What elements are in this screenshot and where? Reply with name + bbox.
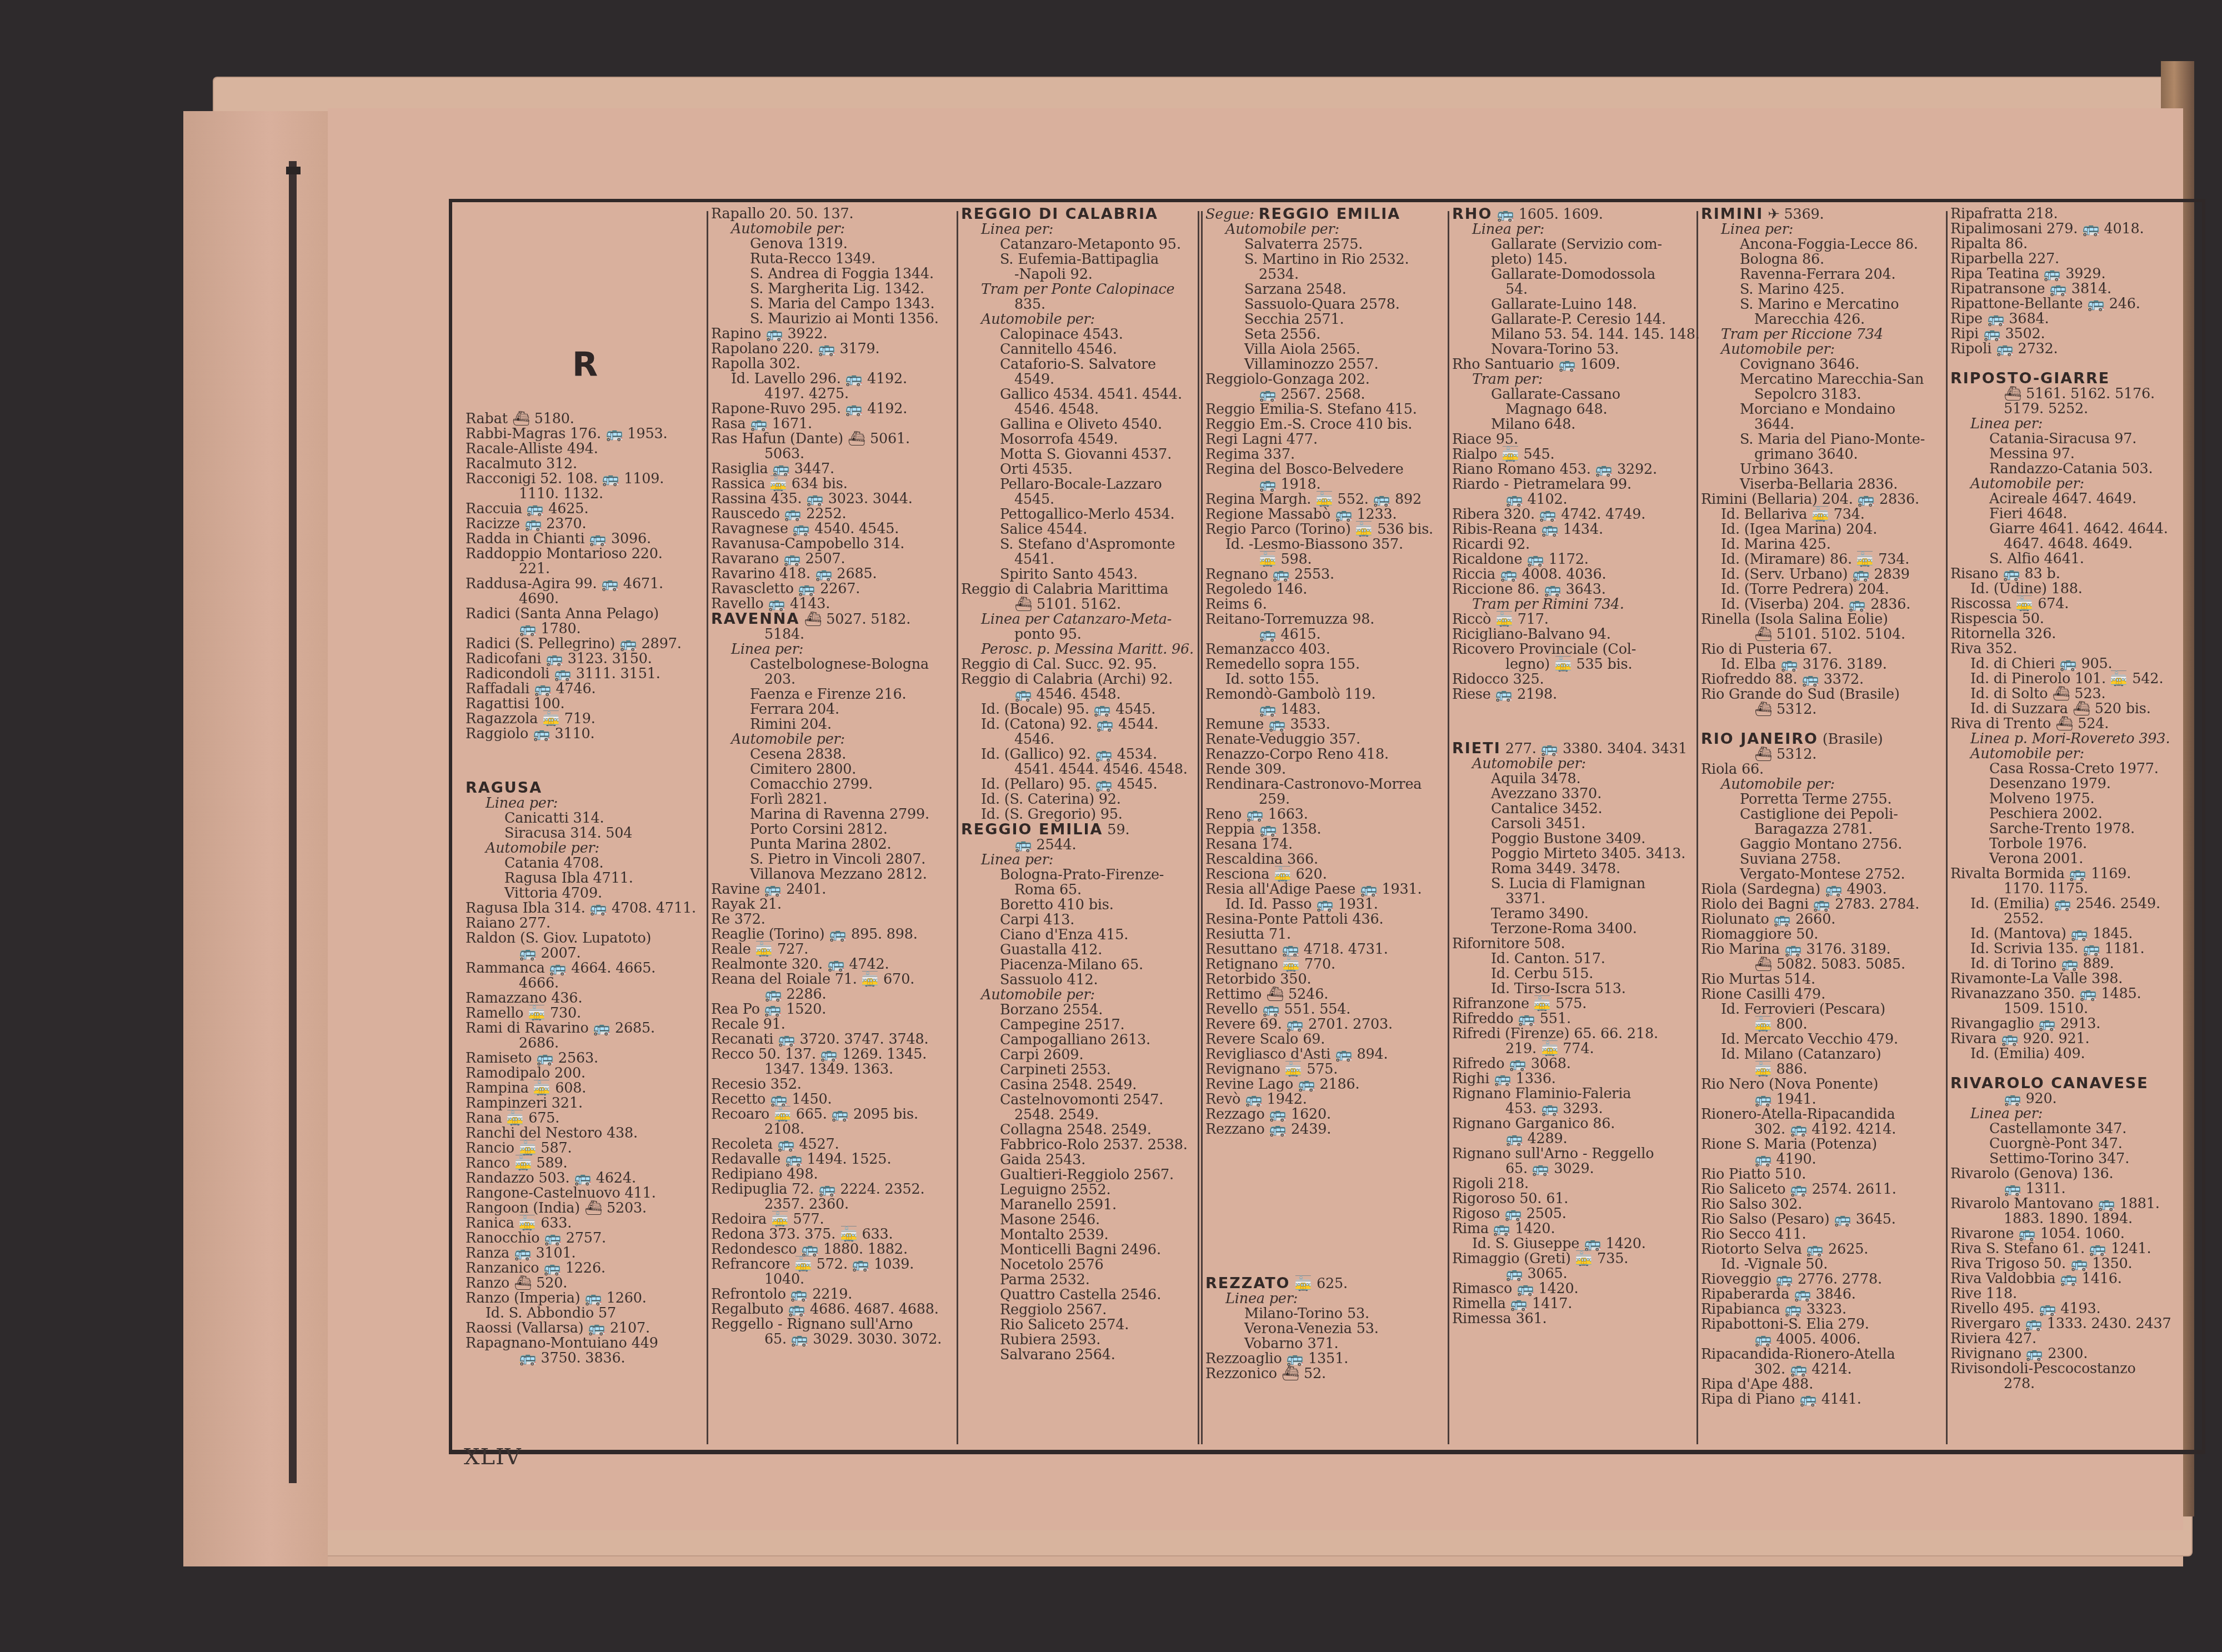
- index-entry: 4546.: [961, 732, 1197, 747]
- index-entry: Campegine 2517.: [961, 1018, 1197, 1033]
- entry-text: Recale 91.: [711, 1016, 785, 1033]
- column-rule: [1448, 211, 1449, 1444]
- index-entry: 🚌 1941.: [1701, 1092, 1943, 1107]
- entry-text: Casina 2548. 2549.: [1000, 1077, 1137, 1093]
- index-entry: 🚋 886.: [1701, 1062, 1943, 1077]
- index-entry: Redona 373. 375. 🚋 633.: [711, 1227, 954, 1242]
- index-entry: Marina di Ravenna 2799.: [711, 807, 954, 822]
- entry-text: Villa Aiola 2565.: [1244, 341, 1360, 358]
- entry-text: Resiutta 71.: [1205, 926, 1291, 943]
- entry-text: Riccò 🚋 717.: [1452, 611, 1549, 628]
- entry-text: Ripa d'Ape 488.: [1701, 1376, 1813, 1393]
- entry-text: Remanzacco 403.: [1205, 641, 1330, 658]
- entry-text: 🚌 920.: [2004, 1090, 2056, 1107]
- index-entry: Rignano Garganico 86.: [1452, 1117, 1694, 1132]
- entry-text: Rimini 204.: [750, 716, 832, 733]
- index-entry: Reppia 🚌 1358.: [1205, 822, 1445, 837]
- index-entry: Ruta-Recco 1349.: [711, 252, 954, 267]
- entry-text: 🚋 800.: [1754, 1016, 1807, 1033]
- entry-text: Id. di Pinerolo 101. 🚋 542.: [1970, 670, 2163, 687]
- index-entry: Redondesco 🚌 1880. 1882.: [711, 1242, 954, 1257]
- binding-cap: [286, 167, 301, 174]
- entry-text: Ranica 🚋 633.: [466, 1215, 572, 1232]
- index-entry: Rangone-Castelnuovo 411.: [466, 1186, 704, 1201]
- entry-text: Bologna-Prato-Firenze-: [1000, 867, 1164, 883]
- index-entry: Ragusa Ibla 4711.: [466, 871, 704, 886]
- entry-text: 65. 🚌 3029. 3030. 3072.: [764, 1331, 942, 1348]
- entry-text: Linea per:: [1472, 221, 1544, 238]
- entry-text: Rho Santuario 🚌 1609.: [1452, 356, 1620, 373]
- entry-text: Perosc. p. Messina Maritt. 96.: [981, 641, 1194, 658]
- entry-text: Gualtieri-Reggiolo 2567.: [1000, 1167, 1174, 1183]
- entry-text: Riccione 86. 🚌 3643.: [1452, 581, 1606, 598]
- entry-text: 4541. 4544. 4546. 4548.: [1014, 761, 1188, 778]
- entry-text: Ripa Teatina 🚌 3929.: [1950, 266, 2105, 282]
- entry-text: Raffadali 🚌 4746.: [466, 680, 595, 697]
- entry-text: Redavalle 🚌 1494. 1525.: [711, 1151, 891, 1168]
- index-entry: S. Maria del Piano-Monte-: [1701, 432, 1943, 447]
- index-entry: Radda in Chianti 🚌 3096.: [466, 532, 704, 547]
- entry-text: 2686.: [519, 1035, 559, 1052]
- entry-text: Recanati 🚌 3720. 3747. 3748.: [711, 1031, 928, 1048]
- index-entry: Automobile per:: [961, 312, 1197, 327]
- index-entry: Ravanusa-Campobello 314.: [711, 537, 954, 552]
- entry-text: Linea per:: [1970, 415, 2043, 432]
- index-entry: S. Lucia di Flamignan: [1452, 877, 1694, 892]
- index-entry: Id. di Solto ⛴ 523.: [1950, 687, 2195, 702]
- binding-line: [289, 161, 297, 1483]
- index-entry: Marecchia 426.: [1701, 312, 1943, 327]
- index-entry: Rio Saliceto 2574.: [961, 1318, 1197, 1333]
- entry-text: ⛴ 5161. 5162. 5176.: [2004, 386, 2155, 402]
- index-entry: Orti 4535.: [961, 462, 1197, 477]
- index-entry: 🚌 2567. 2568.: [1205, 387, 1445, 402]
- entry-text: Ravarino 418. 🚌 2685.: [711, 565, 877, 582]
- index-entry: 2548. 2549.: [961, 1108, 1197, 1123]
- index-entry: S. Alfio 4641.: [1950, 552, 2195, 567]
- column-rule: [1946, 211, 1948, 1444]
- entry-text: Morciano e Mondaino: [1740, 401, 1895, 418]
- city-heading: RAVENNA ⛴ 5027. 5182.: [711, 612, 954, 627]
- entry-text: 🚌 2544.: [1014, 837, 1076, 853]
- index-entry: Recetto 🚌 1450.: [711, 1092, 954, 1107]
- entry-text: Ragusa Ibla 314. 🚌 4708. 4711.: [466, 900, 696, 917]
- entry-text: Rauscedo 🚌 2252.: [711, 505, 846, 522]
- entry-text: Gallarate-Cassano: [1491, 386, 1620, 403]
- entry-text: 4197. 4275.: [764, 386, 849, 402]
- index-entry: Gallarate-Luino 148.: [1452, 297, 1694, 312]
- heading-text: RIVAROLO CANAVESE: [1950, 1075, 2149, 1092]
- index-entry: Reale 🚋 727.: [711, 942, 954, 957]
- entry-text: Sepolcro 3183.: [1754, 386, 1861, 403]
- index-entry: Rauscedo 🚌 2252.: [711, 507, 954, 522]
- entry-text: Orti 4535.: [1000, 461, 1073, 478]
- index-entry: Ricigliano-Balvano 94.: [1452, 627, 1694, 642]
- entry-text: ⛴ 5101. 5102. 5104.: [1754, 626, 1905, 643]
- index-entry: Id. (Viserba) 204. 🚌 2836.: [1701, 597, 1943, 612]
- entry-text: Riscossa 🚋 674.: [1950, 595, 2069, 612]
- entry-text: Rampinzeri 321.: [466, 1095, 583, 1112]
- entry-text: Fieri 4648.: [1989, 505, 2067, 522]
- entry-text: Rampina 🚋 608.: [466, 1080, 586, 1097]
- entry-text: Ricaldone 🚌 1172.: [1452, 551, 1589, 568]
- index-entry: Rapolla 302.: [711, 357, 954, 372]
- entry-text: Tram per Rimini 734.: [1472, 596, 1624, 613]
- index-entry: 2552.: [1950, 912, 2195, 927]
- index-entry: Regnano 🚌 2553.: [1205, 567, 1445, 582]
- index-entry: Ripattone-Bellante 🚌 246.: [1950, 297, 2195, 312]
- entry-text: S. Andrea di Foggia 1344.: [750, 266, 934, 282]
- index-entry: Ricovero Provinciale (Col-: [1452, 642, 1694, 657]
- index-entry: Ranzo (Imperia) 🚌 1260.: [466, 1291, 704, 1306]
- entry-text: Id. (Bocale) 95. 🚌 4545.: [981, 701, 1155, 718]
- entry-text: Ranzo ⛴ 520.: [466, 1275, 567, 1291]
- index-entry: Recale 91.: [711, 1017, 954, 1032]
- entry-text: Ranzo (Imperia) 🚌 1260.: [466, 1290, 647, 1306]
- index-entry: Linea per:: [1950, 417, 2195, 432]
- index-entry: Parma 2532.: [961, 1273, 1197, 1288]
- index-entry: Rivello 495. 🚌 4193.: [1950, 1301, 2195, 1316]
- entry-text: Resia all'Adige Paese 🚌 1931.: [1205, 881, 1422, 898]
- index-entry: Redipuglia 72. 🚌 2224. 2352.: [711, 1182, 954, 1197]
- index-entry: 4546. 4548.: [961, 402, 1197, 417]
- index-entry: Castellamonte 347.: [1950, 1122, 2195, 1137]
- entry-text: Rignano sull'Arno - Reggello: [1452, 1145, 1654, 1162]
- entry-text: ⛴ 5027. 5182.: [799, 611, 910, 628]
- entry-text: Id. S. Giuseppe 🚌 1420.: [1472, 1235, 1646, 1252]
- index-entry: Riofreddo 88. 🚌 3372.: [1701, 672, 1943, 687]
- spacer: [1452, 702, 1694, 741]
- index-entry: Riano Romano 453. 🚌 3292.: [1452, 462, 1694, 477]
- entry-text: Ramazzano 436.: [466, 990, 582, 1007]
- entry-text: Rio Nero (Nova Ponente): [1701, 1076, 1878, 1093]
- entry-text: Racalmuto 312.: [466, 455, 577, 472]
- entry-text: 2108.: [764, 1121, 804, 1138]
- index-entry: Castelnovomonti 2547.: [961, 1093, 1197, 1108]
- index-entry: Id. Cerbu 515.: [1452, 967, 1694, 982]
- index-entry: Rayak 21.: [711, 897, 954, 912]
- index-entry: Resia all'Adige Paese 🚌 1931.: [1205, 882, 1445, 897]
- index-entry: Catania 4708.: [466, 856, 704, 871]
- entry-text: 2548. 2549.: [1014, 1107, 1099, 1123]
- entry-text: Reggio Emilia-S. Stefano 415.: [1205, 401, 1417, 418]
- entry-text: 🚌 4102.: [1505, 491, 1567, 508]
- entry-text: Ravello 🚌 4143.: [711, 595, 830, 612]
- index-entry: Recco 50. 137. 🚌 1269. 1345.: [711, 1047, 954, 1062]
- heading-text: RHO: [1452, 206, 1492, 223]
- index-entry: Campogalliano 2613.: [961, 1033, 1197, 1048]
- entry-text: Riva Trigoso 50. 🚌 1350.: [1950, 1255, 2132, 1272]
- entry-text: Giarre 4641. 4642. 4644.: [1989, 520, 2168, 537]
- index-column-1: R Rabat ⛴ 5180.Rabbi-Magras 176. 🚌 1953.…: [466, 207, 704, 1445]
- index-entry: Rivignano 🚌 2300.: [1950, 1346, 2195, 1361]
- entry-text: Gaggio Montano 2756.: [1740, 836, 1902, 853]
- entry-text: Porretta Terme 2755.: [1740, 791, 1891, 808]
- index-entry: Ripa di Piano 🚌 4141.: [1701, 1392, 1943, 1407]
- index-entry: Ravagnese 🚌 4540. 4545.: [711, 522, 954, 537]
- index-entry: Carsoli 3451.: [1452, 817, 1694, 832]
- entry-text: Rifredi (Firenze) 65. 66. 218.: [1452, 1025, 1658, 1042]
- index-entry: Riardo - Pietramelara 99.: [1452, 477, 1694, 492]
- index-entry: Id. Bellariva 🚋 734.: [1701, 507, 1943, 522]
- entry-text: (Brasile): [1818, 731, 1883, 748]
- entry-text: Settimo-Torino 347.: [1989, 1150, 2129, 1167]
- index-entry: Rezzonico ⛴ 52.: [1205, 1366, 1445, 1381]
- index-entry: 🚌 1311.: [1950, 1182, 2195, 1197]
- index-entry: Morciano e Mondaino: [1701, 402, 1943, 417]
- entry-text: Collagna 2548. 2549.: [1000, 1122, 1152, 1138]
- heading-text: REGGIO DI CALABRIA: [961, 206, 1158, 223]
- index-entry: 🚌 4289.: [1452, 1132, 1694, 1147]
- entry-text: Rivisondoli-Pescocostanzo: [1950, 1360, 2136, 1377]
- index-entry: Raffadali 🚌 4746.: [466, 682, 704, 697]
- entry-text: Ruta-Recco 1349.: [750, 251, 875, 267]
- index-entry: ⛴ 5101. 5162.: [961, 597, 1197, 612]
- index-entry: Cuorgnè-Pont 347.: [1950, 1137, 2195, 1152]
- index-entry: Racconigi 52. 108. 🚌 1109.: [466, 472, 704, 487]
- index-entry: 4545.: [961, 492, 1197, 507]
- entry-text: Id. Bellariva 🚋 734.: [1721, 506, 1865, 523]
- entry-text: Cannitello 4546.: [1000, 341, 1117, 358]
- index-entry: Cantalice 3452.: [1452, 802, 1694, 817]
- index-entry: Refrancore 🚋 572. 🚌 1039.: [711, 1257, 954, 1272]
- entry-text: Mosorrofa 4549.: [1000, 431, 1118, 448]
- entry-text: Forlì 2821.: [750, 791, 827, 808]
- index-entry: Rubiera 2593.: [961, 1333, 1197, 1348]
- index-entry: Aquila 3478.: [1452, 772, 1694, 787]
- index-entry: Automobile per:: [1452, 757, 1694, 772]
- column-rule: [957, 211, 958, 1444]
- entry-text: Remondò-Gambolò 119.: [1205, 686, 1375, 703]
- entry-text: legno) 🚋 535 bis.: [1505, 656, 1632, 673]
- index-entry: Riola (Sardegna) 🚌 4903.: [1701, 882, 1943, 897]
- index-entry: Ranzo ⛴ 520.: [466, 1276, 704, 1291]
- entry-text: Id. (Gallico) 92. 🚌 4534.: [981, 746, 1157, 763]
- index-entry: 2108.: [711, 1122, 954, 1137]
- entry-text: Riva S. Stefano 61. 🚌 1241.: [1950, 1240, 2151, 1257]
- index-entry: Comacchio 2799.: [711, 777, 954, 792]
- entry-text: Id. Elba 🚌 3176. 3189.: [1721, 656, 1887, 673]
- index-entry: Id. Marina 425.: [1701, 537, 1943, 552]
- entry-text: Automobile per:: [1472, 755, 1586, 772]
- index-entry: Id. di Pinerolo 101. 🚋 542.: [1950, 672, 2195, 687]
- entry-text: Sarche-Trento 1978.: [1989, 820, 2135, 837]
- entry-text: Id. -Vignale 50.: [1721, 1256, 1828, 1273]
- index-entry: Ramazzano 436.: [466, 991, 704, 1006]
- index-entry: Riva S. Stefano 61. 🚌 1241.: [1950, 1241, 2195, 1256]
- index-entry: Linea per:: [961, 853, 1197, 868]
- entry-text: Rende 309.: [1205, 761, 1286, 778]
- index-entry: Peschiera 2002.: [1950, 807, 2195, 822]
- index-entry: Randazzo-Catania 503.: [1950, 462, 2195, 477]
- index-entry: Automobile per:: [466, 841, 704, 856]
- entry-text: 🚌 2286.: [764, 986, 826, 1003]
- entry-text: Reaglie (Torino) 🚌 895. 898.: [711, 926, 918, 943]
- entry-text: Linea per:: [1970, 1105, 2043, 1122]
- entry-text: Ravarano 🚌 2507.: [711, 550, 845, 567]
- entry-text: Rivergaro 🚌 1333. 2430. 2437: [1950, 1315, 2171, 1332]
- entry-text: Rioveggio 🚌 2776. 2778.: [1701, 1271, 1882, 1288]
- index-entry: Racizze 🚌 2370.: [466, 517, 704, 532]
- entry-text: Regione Massabò 🚌 1233.: [1205, 506, 1397, 523]
- entry-text: 5063.: [764, 445, 804, 462]
- index-entry: Id. Elba 🚌 3176. 3189.: [1701, 657, 1943, 672]
- entry-text: 1110. 1132.: [519, 485, 603, 502]
- index-entry: Id. Mercato Vecchio 479.: [1701, 1032, 1943, 1047]
- entry-text: Teramo 3490.: [1491, 905, 1589, 922]
- index-entry: Ritornella 326.: [1950, 627, 2195, 642]
- index-entry: Ranocchio 🚌 2757.: [466, 1231, 704, 1246]
- index-entry: Linea p. Mori-Rovereto 393.: [1950, 732, 2195, 747]
- entry-text: Rigoli 218.: [1452, 1175, 1529, 1192]
- entry-text: Ferrara 204.: [750, 701, 839, 718]
- index-entry: Rezzago 🚌 1620.: [1205, 1107, 1445, 1122]
- entry-text: Automobile per:: [1721, 776, 1835, 793]
- index-entry: 4549.: [961, 372, 1197, 387]
- index-entry: Redavalle 🚌 1494. 1525.: [711, 1152, 954, 1167]
- index-entry: Rasiglia 🚌 3447.: [711, 462, 954, 477]
- index-entry: Rampina 🚋 608.: [466, 1081, 704, 1096]
- index-entry: Rimaggio (Greti) 🚋 735.: [1452, 1251, 1694, 1266]
- city-heading: RHO 🚌 1605. 1609.: [1452, 207, 1694, 222]
- index-entry: Ripaberarda 🚌 3846.: [1701, 1287, 1943, 1302]
- entry-text: Rimaggio (Greti) 🚋 735.: [1452, 1250, 1628, 1267]
- entry-text: Gallina e Oliveto 4540.: [1000, 416, 1162, 433]
- index-entry: Automobile per:: [711, 732, 954, 747]
- index-entry: 65. 🚌 3029.: [1452, 1162, 1694, 1177]
- entry-text: Id. di Torino 🚌 889.: [1970, 955, 2114, 972]
- index-entry: Rezzano 🚌 2439.: [1205, 1122, 1445, 1137]
- index-entry: Magnago 648.: [1452, 402, 1694, 417]
- index-entry: Forlì 2821.: [711, 792, 954, 807]
- index-entry: 54.: [1452, 282, 1694, 297]
- entry-text: Redipiano 498.: [711, 1166, 818, 1183]
- index-entry: Rami di Ravarino 🚌 2685.: [466, 1021, 704, 1036]
- index-entry: Ramodipalo 200.: [466, 1066, 704, 1081]
- index-column-4: Segue: REGGIO EMILIAAutomobile per:Salva…: [1205, 207, 1445, 1445]
- entry-text: S. Stefano d'Aspromonte: [1000, 536, 1175, 553]
- entry-text: 🚋 598.: [1259, 551, 1312, 568]
- entry-text: Leguigno 2552.: [1000, 1182, 1110, 1198]
- entry-text: Rifreddo 🚌 551.: [1452, 1010, 1571, 1027]
- entry-text: Acireale 4647. 4649.: [1989, 490, 2136, 507]
- index-entry: grimano 3640.: [1701, 447, 1943, 462]
- index-entry: Rancio 🚋 587.: [466, 1141, 704, 1156]
- index-entry: Fieri 4648.: [1950, 507, 2195, 522]
- entry-text: 🚌 1780.: [519, 620, 580, 637]
- city-heading: REGGIO EMILIA 59.: [961, 822, 1197, 838]
- index-entry: S. Maria del Campo 1343.: [711, 297, 954, 312]
- entry-text: 1170. 1175.: [2004, 880, 2088, 897]
- entry-text: Id. (Mantova) 🚌 1845.: [1970, 925, 2133, 942]
- entry-text: 🚌 3065.: [1505, 1265, 1567, 1282]
- entry-text: Rivangaglio 🚌 2913.: [1950, 1015, 2100, 1032]
- page-left-edge: [183, 111, 328, 1566]
- entry-text: Riparbella 227.: [1950, 251, 2059, 267]
- index-entry: Rinella (Isola Salina Eolie): [1701, 612, 1943, 627]
- index-entry: Piacenza-Milano 65.: [961, 958, 1197, 973]
- entry-text: 3371.: [1505, 890, 1545, 907]
- index-entry: Villanova Mezzano 2812.: [711, 867, 954, 882]
- entry-text: 🚌 4546. 4548.: [1014, 686, 1120, 703]
- entry-text: ponto 95.: [1014, 626, 1082, 643]
- entry-text: Gallico 4534. 4541. 4544.: [1000, 386, 1182, 403]
- entry-text: Recesio 352.: [711, 1076, 802, 1093]
- entry-text: Rangone-Castelnuovo 411.: [466, 1185, 656, 1202]
- entry-text: Ripoli 🚌 2732.: [1950, 341, 2058, 357]
- index-entry: ⛴ 5101. 5102. 5104.: [1701, 627, 1943, 642]
- entry-text: Tram per:: [1472, 371, 1543, 388]
- index-entry: Rivangaglio 🚌 2913.: [1950, 1017, 2195, 1032]
- index-column-7: Ripafratta 218.Ripalimosani 279. 🚌 4018.…: [1950, 207, 2195, 1445]
- entry-text: Id. -Lesmo-Biassono 357.: [1225, 536, 1403, 553]
- entry-text: Revere Scalo 69.: [1205, 1031, 1325, 1048]
- index-entry: Settimo-Torino 347.: [1950, 1152, 2195, 1167]
- entry-text: Re 372.: [711, 911, 765, 928]
- entry-text: Ripaberarda 🚌 3846.: [1701, 1286, 1856, 1303]
- index-entry: 1110. 1132.: [466, 487, 704, 502]
- index-entry: 4541.: [961, 552, 1197, 567]
- index-entry: Rammanca 🚌 4664. 4665.: [466, 961, 704, 976]
- entry-text: S. Martino in Rio 2532.: [1244, 251, 1409, 268]
- entry-text: Rammanca 🚌 4664. 4665.: [466, 960, 655, 977]
- index-entry: 3644.: [1701, 417, 1943, 432]
- index-entry: Rio Murtas 514.: [1701, 972, 1943, 987]
- index-entry: Raiano 277.: [466, 916, 704, 931]
- entry-text: Rifranzone 🚋 575.: [1452, 995, 1587, 1012]
- heading-text: RIPOSTO-GIARRE: [1950, 370, 2110, 387]
- entry-text: 277. 🚌 3380. 3404. 3431: [1501, 740, 1687, 757]
- index-entry: Ranco 🚋 589.: [466, 1156, 704, 1171]
- entry-text: 4546.: [1014, 731, 1054, 748]
- index-entry: 🚌 2007.: [466, 946, 704, 961]
- index-entry: Tram per Riccione 734: [1701, 327, 1943, 342]
- entry-text: -Napoli 92.: [1014, 266, 1093, 283]
- index-entry: Verona-Venezia 53.: [1205, 1321, 1445, 1336]
- entry-text: 🚌 4289.: [1505, 1130, 1567, 1147]
- index-entry: Desenzano 1979.: [1950, 777, 2195, 792]
- entry-text: Rana 🚋 675.: [466, 1110, 559, 1127]
- entry-text: Milano 648.: [1491, 416, 1575, 433]
- index-entry: Rio di Pusteria 67.: [1701, 642, 1943, 657]
- index-entry: Revignano 🚋 575.: [1205, 1062, 1445, 1077]
- entry-text: Mercatino Marecchia-San: [1740, 371, 1924, 388]
- index-entry: Ravenna-Ferrara 204.: [1701, 267, 1943, 282]
- index-entry: Urbino 3643.: [1701, 462, 1943, 477]
- entry-text: Rancio 🚋 587.: [466, 1140, 572, 1157]
- entry-text: Piacenza-Milano 65.: [1000, 957, 1143, 973]
- index-entry: Roma 65.: [961, 883, 1197, 898]
- index-entry: Riva 352.: [1950, 642, 2195, 657]
- entry-text: Quattro Castella 2546.: [1000, 1286, 1161, 1303]
- index-entry: Id. (Miramare) 86. 🚋 734.: [1701, 552, 1943, 567]
- entry-text: Id. Tirso-Iscra 513.: [1491, 980, 1626, 997]
- index-entry: Rimini 204.: [711, 717, 954, 732]
- index-entry: Ranza 🚌 3101.: [466, 1246, 704, 1261]
- section-letter: R: [466, 358, 704, 373]
- index-entry: Reggello - Rignano sull'Arno: [711, 1317, 954, 1332]
- entry-text: Raggiolo 🚌 3110.: [466, 725, 594, 742]
- entry-text: Riomaggiore 50.: [1701, 926, 1818, 943]
- column-rule: [707, 211, 708, 1444]
- index-entry: Reggio di Calabria Marittima: [961, 582, 1197, 597]
- index-entry: Mosorrofa 4549.: [961, 432, 1197, 447]
- index-entry: Salice 4544.: [961, 522, 1197, 537]
- index-entry: Riva Trigoso 50. 🚌 1350.: [1950, 1256, 2195, 1271]
- index-entry: -Napoli 92.: [961, 267, 1197, 282]
- entry-text: Rezzago 🚌 1620.: [1205, 1106, 1331, 1123]
- entry-text: Rendinara-Castronovo-Morrea: [1205, 776, 1422, 793]
